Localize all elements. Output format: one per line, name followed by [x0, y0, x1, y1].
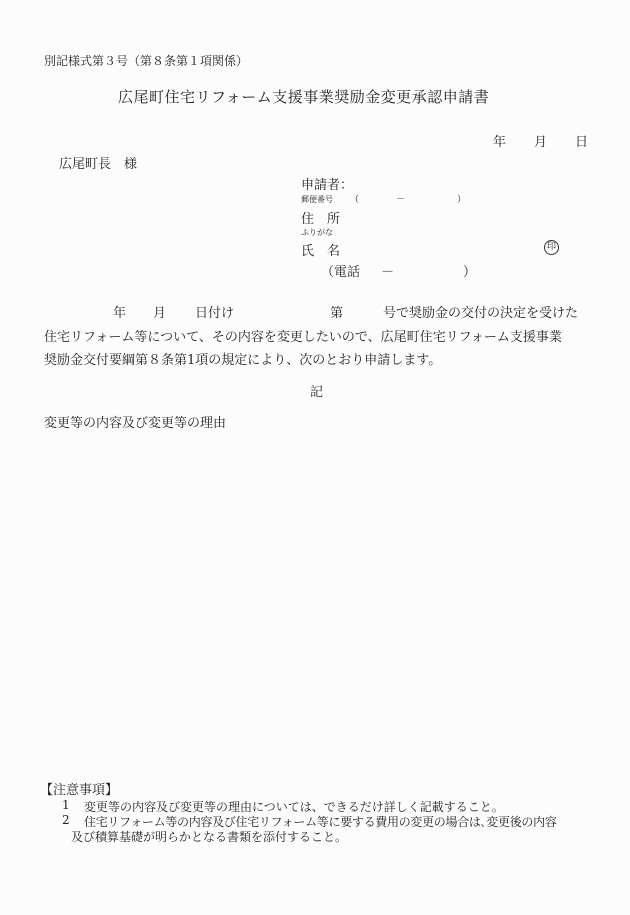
- postal-open: （: [350, 192, 359, 205]
- date-year: 年: [493, 131, 506, 150]
- seal-icon: 印: [544, 240, 559, 255]
- notes-heading: 【注意事項】: [40, 779, 118, 798]
- furigana-label: ふりがな: [301, 227, 333, 238]
- change-section-label: 変更等の内容及び変更等の理由: [44, 412, 226, 431]
- note-number: 1: [62, 798, 70, 812]
- form-label: 別記様式第３号（第８条第１項関係）: [44, 52, 248, 69]
- address-label: 住 所: [301, 208, 340, 227]
- body-line1-rest: 号で奨励金の交付の決定を受けた: [383, 302, 578, 321]
- ki-label: 記: [310, 381, 323, 400]
- phone-dash: －: [381, 261, 394, 280]
- phone-close: ）: [463, 261, 476, 280]
- phone-label: （電話: [321, 261, 360, 280]
- postal-dash: －: [396, 192, 405, 205]
- postal-label: 郵便番号: [301, 194, 333, 205]
- date-month: 月: [534, 131, 547, 150]
- change-details-area[interactable]: [40, 430, 590, 770]
- applicant-heading: 申請者：: [301, 174, 353, 193]
- date-day: 日: [575, 131, 588, 150]
- postal-close: ）: [457, 192, 466, 205]
- note-number: 2: [62, 813, 70, 827]
- page-title: 広尾町住宅リフォーム支援事業奨励金変更承認申請書: [118, 86, 489, 107]
- body-month: 月: [153, 302, 166, 321]
- body-line2: 住宅リフォーム等について、その内容を変更したいので、広尾町住宅リフォーム支援事業: [44, 326, 562, 345]
- name-label: 氏 名: [301, 240, 340, 259]
- body-dated: 日付け: [195, 302, 234, 321]
- body-year: 年: [113, 302, 126, 321]
- addressee: 広尾町長 様: [59, 153, 137, 172]
- note-text-continued: 及び積算基礎が明らかとなる書類を添付すること。: [71, 828, 347, 845]
- body-no: 第: [330, 302, 343, 321]
- body-line3: 奨励金交付要綱第８条第1項の規定により、次のとおり申請します。: [44, 349, 441, 368]
